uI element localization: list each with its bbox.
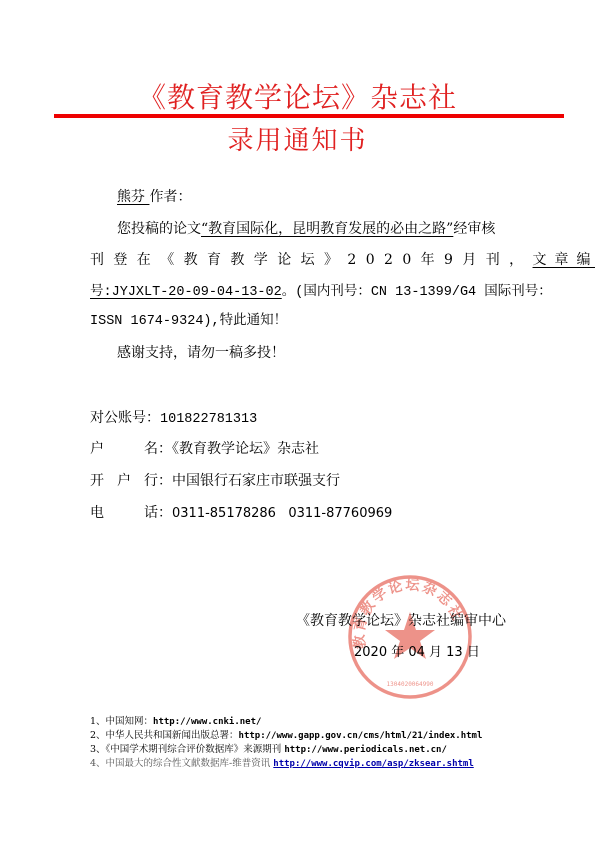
reference-url[interactable]: http://www.periodicals.net.cn/ xyxy=(284,745,447,755)
colon: ： xyxy=(158,473,172,489)
bank-value: 中国银行石家庄市联强支行 xyxy=(172,473,340,489)
account-row: 对公账号：101822781313 xyxy=(90,407,257,427)
salutation: 熊芬 作者： xyxy=(117,190,191,204)
para1-suffix: 经审核 xyxy=(453,221,495,237)
para1-line2-text: 刊登在《教育教学论坛》2020年9月刊， xyxy=(90,253,533,267)
colon: ： xyxy=(158,505,172,521)
svg-text:1304020064990: 1304020064990 xyxy=(387,681,434,688)
reference-item: 1、中国知网：http://www.cnki.net/ xyxy=(90,715,482,729)
para1-line1: 您投稿的论文“教育国际化，昆明教育发展的必由之路”经审核 xyxy=(117,222,495,236)
author-name: 熊芬 xyxy=(117,189,149,205)
reference-label: 3、《中国学术期刊综合评价数据库》来源期刊 xyxy=(90,744,284,755)
reference-label: 4、中国最大的综合性文献数据库-维普资讯 xyxy=(90,758,273,769)
account-label: 对公账号： xyxy=(90,410,160,426)
reference-label: 1、中国知网： xyxy=(90,716,153,727)
phone-label: 电话 xyxy=(90,502,158,522)
official-seal: 教育教学论坛杂志社 1304020064990 xyxy=(345,572,475,702)
header-divider xyxy=(54,114,564,118)
bank-label: 开户行 xyxy=(90,470,158,490)
reference-label: 2、中华人民共和国新闻出版总署： xyxy=(90,730,239,741)
account-name-row: 户名：《教育教学论坛》杂志社 xyxy=(90,438,319,458)
reference-list: 1、中国知网：http://www.cnki.net/ 2、中华人民共和国新闻出… xyxy=(90,715,482,771)
signature-date: 2020 年 04 月 13 日 xyxy=(354,641,480,660)
salutation-suffix: 作者： xyxy=(149,189,191,205)
para1-line2: 刊登在《教育教学论坛》2020年9月刊， 文章编 xyxy=(90,253,518,267)
article-number: 号:JYJXLT-20-09-04-13-02 xyxy=(90,285,282,300)
para1-line3: 号:JYJXLT-20-09-04-13-02。(国内刊号：CN 13-1399… xyxy=(90,284,552,300)
article-number-label: 文章编 xyxy=(533,253,595,267)
reference-item: 3、《中国学术期刊综合评价数据库》来源期刊 http://www.periodi… xyxy=(90,743,482,757)
seal-icon: 教育教学论坛杂志社 1304020064990 xyxy=(345,572,475,702)
reference-url[interactable]: http://www.gapp.gov.cn/cms/html/21/index… xyxy=(239,731,483,741)
bank-row: 开户行：中国银行石家庄市联强支行 xyxy=(90,470,340,490)
phone-row: 电话：0311-85178286 0311-87760969 xyxy=(90,502,392,522)
reference-url[interactable]: http://www.cnki.net/ xyxy=(153,717,261,727)
notice-title: 录用通知书 xyxy=(0,120,595,157)
para1-prefix: 您投稿的论文 xyxy=(117,221,201,237)
reference-item: 4、中国最大的综合性文献数据库-维普资讯 http://www.cqvip.co… xyxy=(90,757,482,771)
para1-line4: ISSN 1674-9324),特此通知！ xyxy=(90,315,287,329)
thanks-note: 感谢支持，请勿一稿多投！ xyxy=(117,346,285,360)
colon: ： xyxy=(158,441,172,457)
reference-item: 2、中华人民共和国新闻出版总署：http://www.gapp.gov.cn/c… xyxy=(90,729,482,743)
account-value: 101822781313 xyxy=(160,412,257,427)
paper-title: “教育国际化，昆明教育发展的必由之路” xyxy=(201,221,453,237)
account-name-value: 《教育教学论坛》杂志社 xyxy=(172,441,319,457)
publisher-title: 《教育教学论坛》杂志社 xyxy=(0,76,595,116)
issn-info: 。(国内刊号：CN 13-1399/G4 国际刊号： xyxy=(282,285,552,300)
signature-org: 《教育教学论坛》杂志社编审中心 xyxy=(296,610,506,630)
reference-link[interactable]: http://www.cqvip.com/asp/zksear.shtml xyxy=(273,759,473,769)
account-name-label: 户名 xyxy=(90,438,158,458)
phone-value: 0311-85178286 0311-87760969 xyxy=(172,506,392,521)
